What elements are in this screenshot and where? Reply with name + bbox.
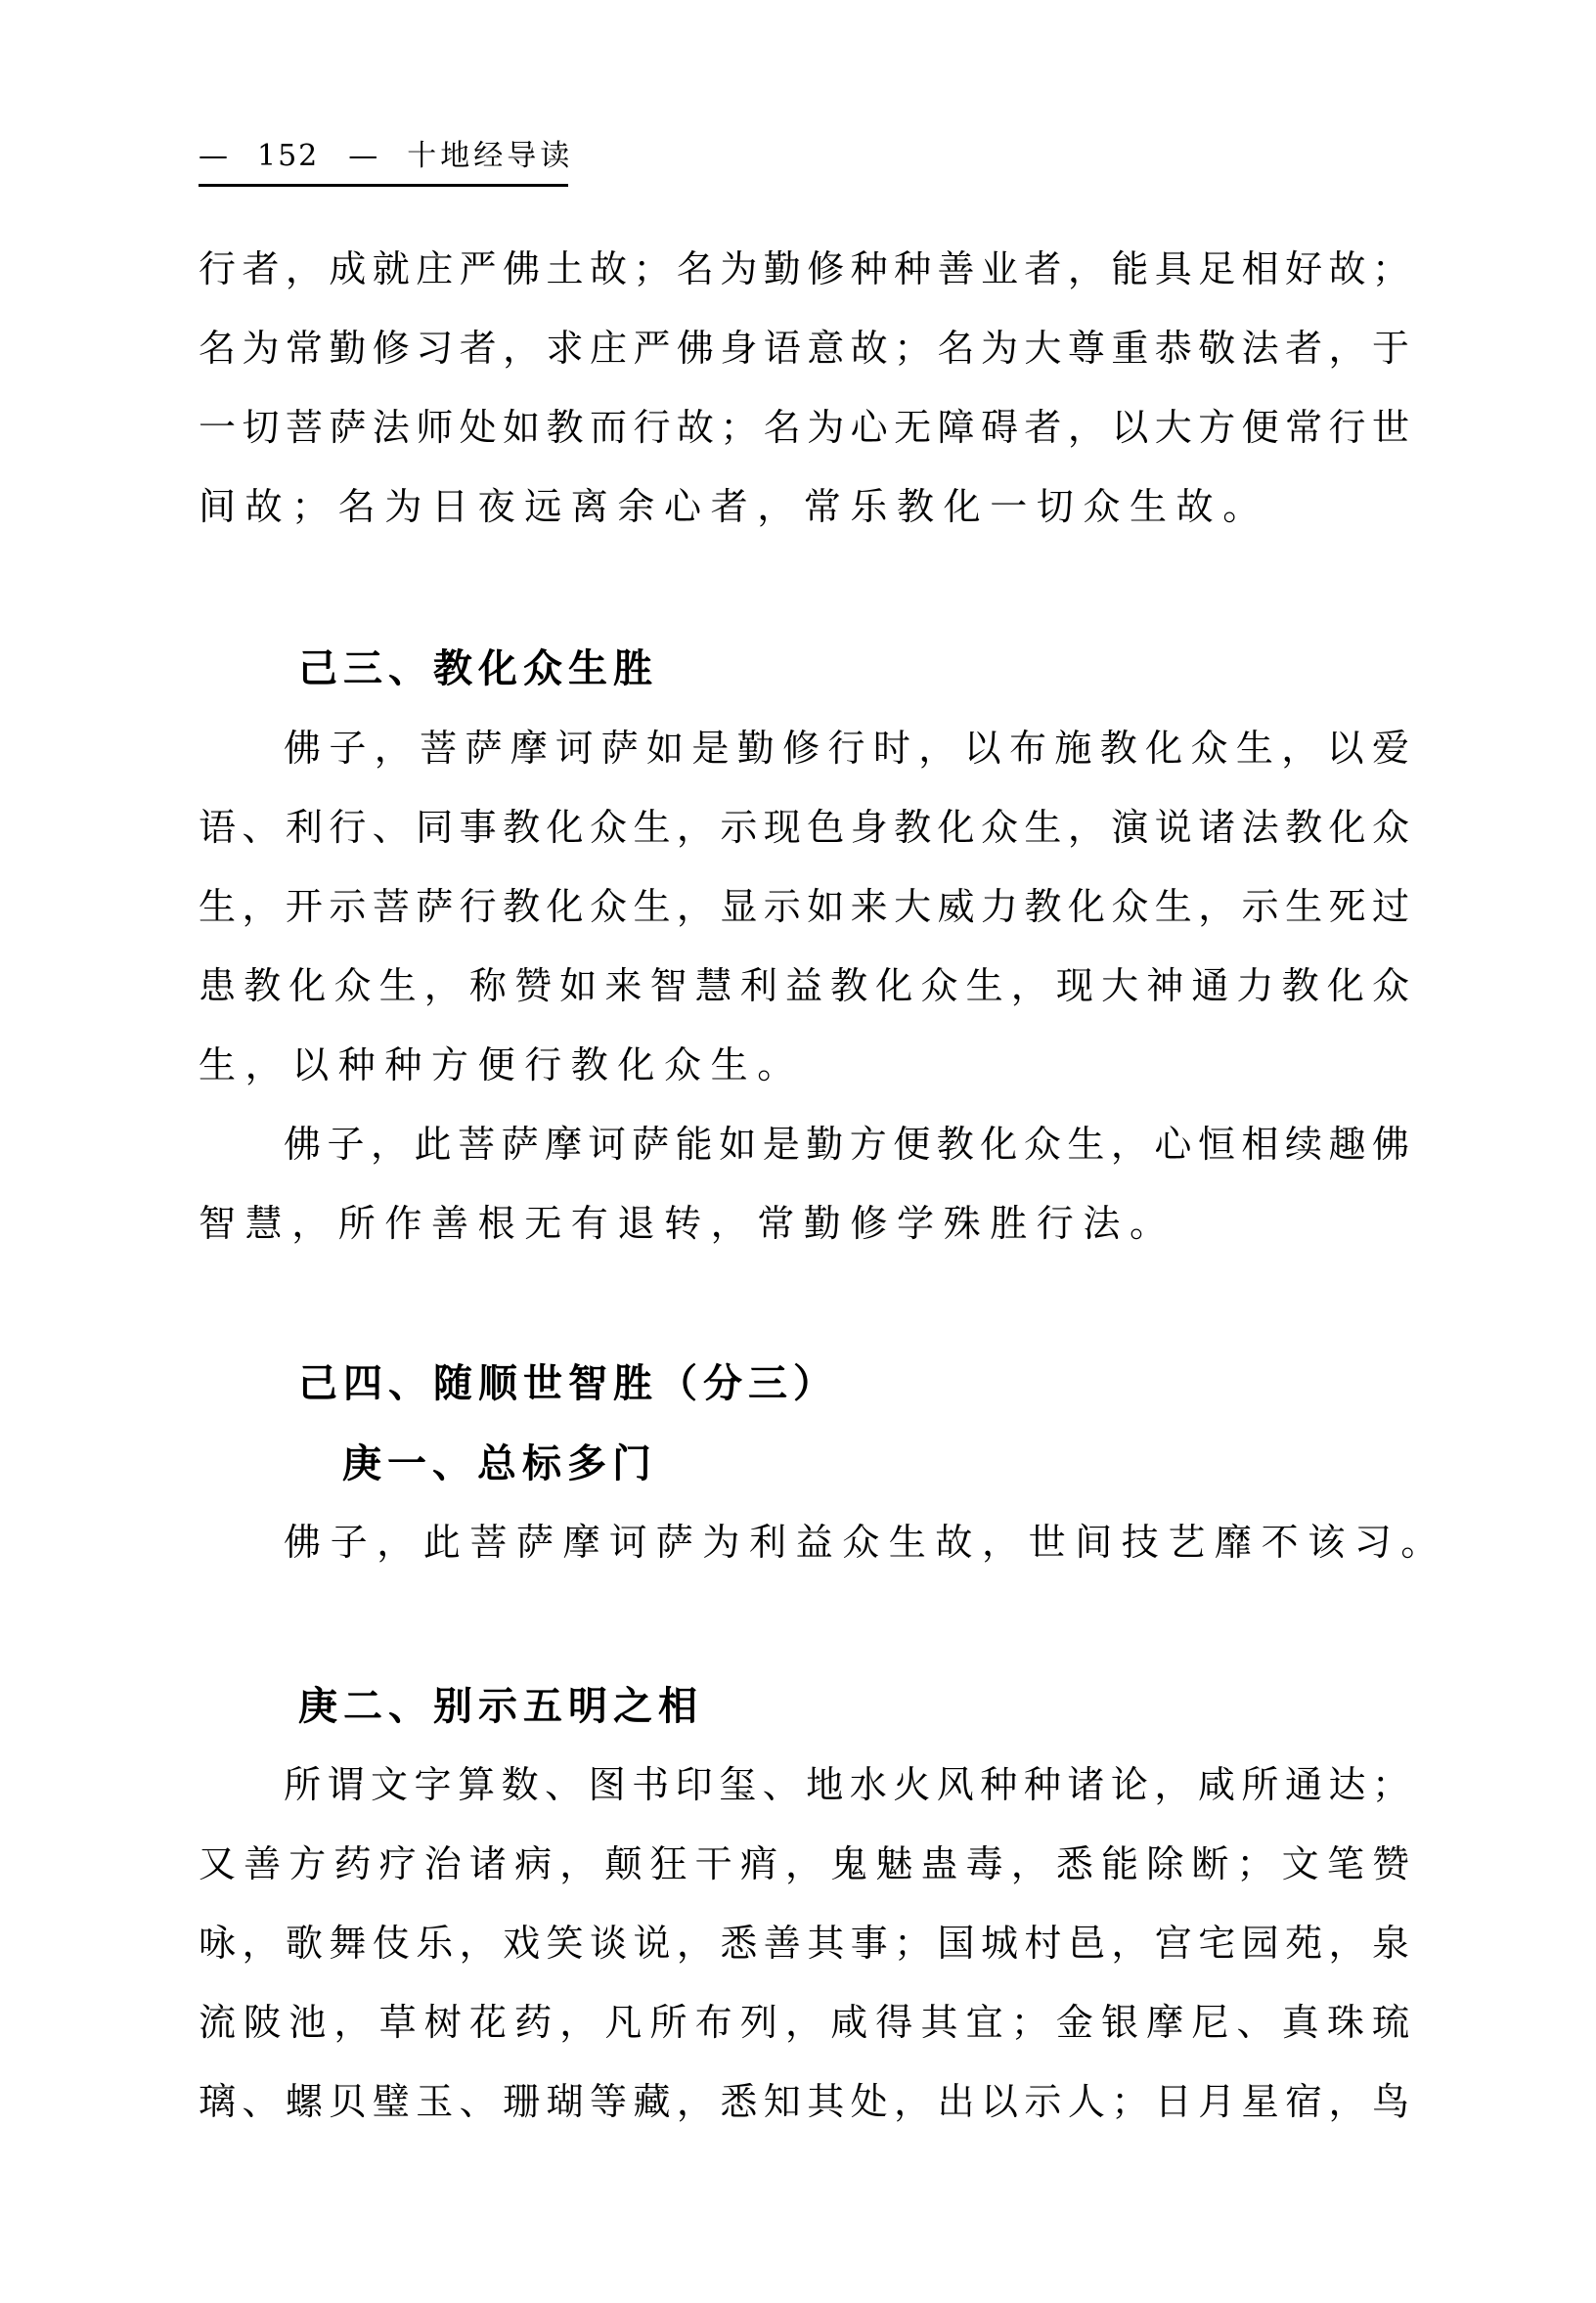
text-line: 间故；名为日夜远离余心者，常乐教化一切众生故。 xyxy=(199,481,1409,532)
text-line: 佛子，此菩萨摩诃萨能如是勤方便教化众生，心恒相续趣佛 xyxy=(284,1119,1409,1170)
text-line: 璃、螺贝璧玉、珊瑚等藏，悉知其处，出以示人；日月星宿，鸟 xyxy=(199,2076,1409,2127)
text-line: 语、利行、同事教化众生，示现色身教化众生，演说诸法教化众 xyxy=(199,802,1409,853)
subsection-heading: 庚二、别示五明之相 xyxy=(298,1679,703,1734)
subsection-heading: 庚一、总标多门 xyxy=(342,1437,657,1491)
text-line: 一切菩萨法师处如教而行故；名为心无障碍者，以大方便常行世 xyxy=(199,402,1409,453)
text-line: 患教化众生，称赞如来智慧利益教化众生，现大神通力教化众 xyxy=(199,960,1409,1011)
text-line: 智慧，所作善根无有退转，常勤修学殊胜行法。 xyxy=(199,1198,1409,1249)
book-page: —152—十地经导读 行者，成就庄严佛土故；名为勤修种种善业者，能具足相好故； … xyxy=(0,0,1596,2303)
text-line: 又善方药疗治诸病，颠狂干痟，鬼魅蛊毒，悉能除断；文笔赞 xyxy=(199,1838,1409,1889)
text-line: 流陂池，草树花药，凡所布列，咸得其宜；金银摩尼、真珠琉 xyxy=(199,1997,1409,2048)
section-heading: 己三、教化众生胜 xyxy=(298,642,658,696)
book-title: 十地经导读 xyxy=(407,137,573,176)
section-heading: 己四、随顺世智胜（分三） xyxy=(298,1356,838,1411)
text-line: 佛子，菩萨摩诃萨如是勤修行时，以布施教化众生，以爱 xyxy=(284,723,1409,774)
text-line: 名为常勤修习者，求庄严佛身语意故；名为大尊重恭敬法者，于 xyxy=(199,323,1409,374)
text-line: 生，开示菩萨行教化众生，显示如来大威力教化众生，示生死过 xyxy=(199,881,1409,932)
page-number: 152 xyxy=(257,137,319,176)
text-line: 佛子，此菩萨摩诃萨为利益众生故，世间技艺靡不该习。 xyxy=(284,1517,1409,1568)
header-dash-left: — xyxy=(199,137,228,176)
text-line: 所谓文字算数、图书印玺、地水火风种种诸论，咸所通达； xyxy=(284,1759,1409,1810)
text-line: 咏，歌舞伎乐，戏笑谈说，悉善其事；国城村邑，宫宅园苑，泉 xyxy=(199,1918,1409,1969)
text-line: 生，以种种方便行教化众生。 xyxy=(199,1040,1409,1090)
header-dash-right: — xyxy=(348,137,377,176)
running-header: —152—十地经导读 xyxy=(199,137,568,187)
text-line: 行者，成就庄严佛土故；名为勤修种种善业者，能具足相好故； xyxy=(199,244,1409,294)
